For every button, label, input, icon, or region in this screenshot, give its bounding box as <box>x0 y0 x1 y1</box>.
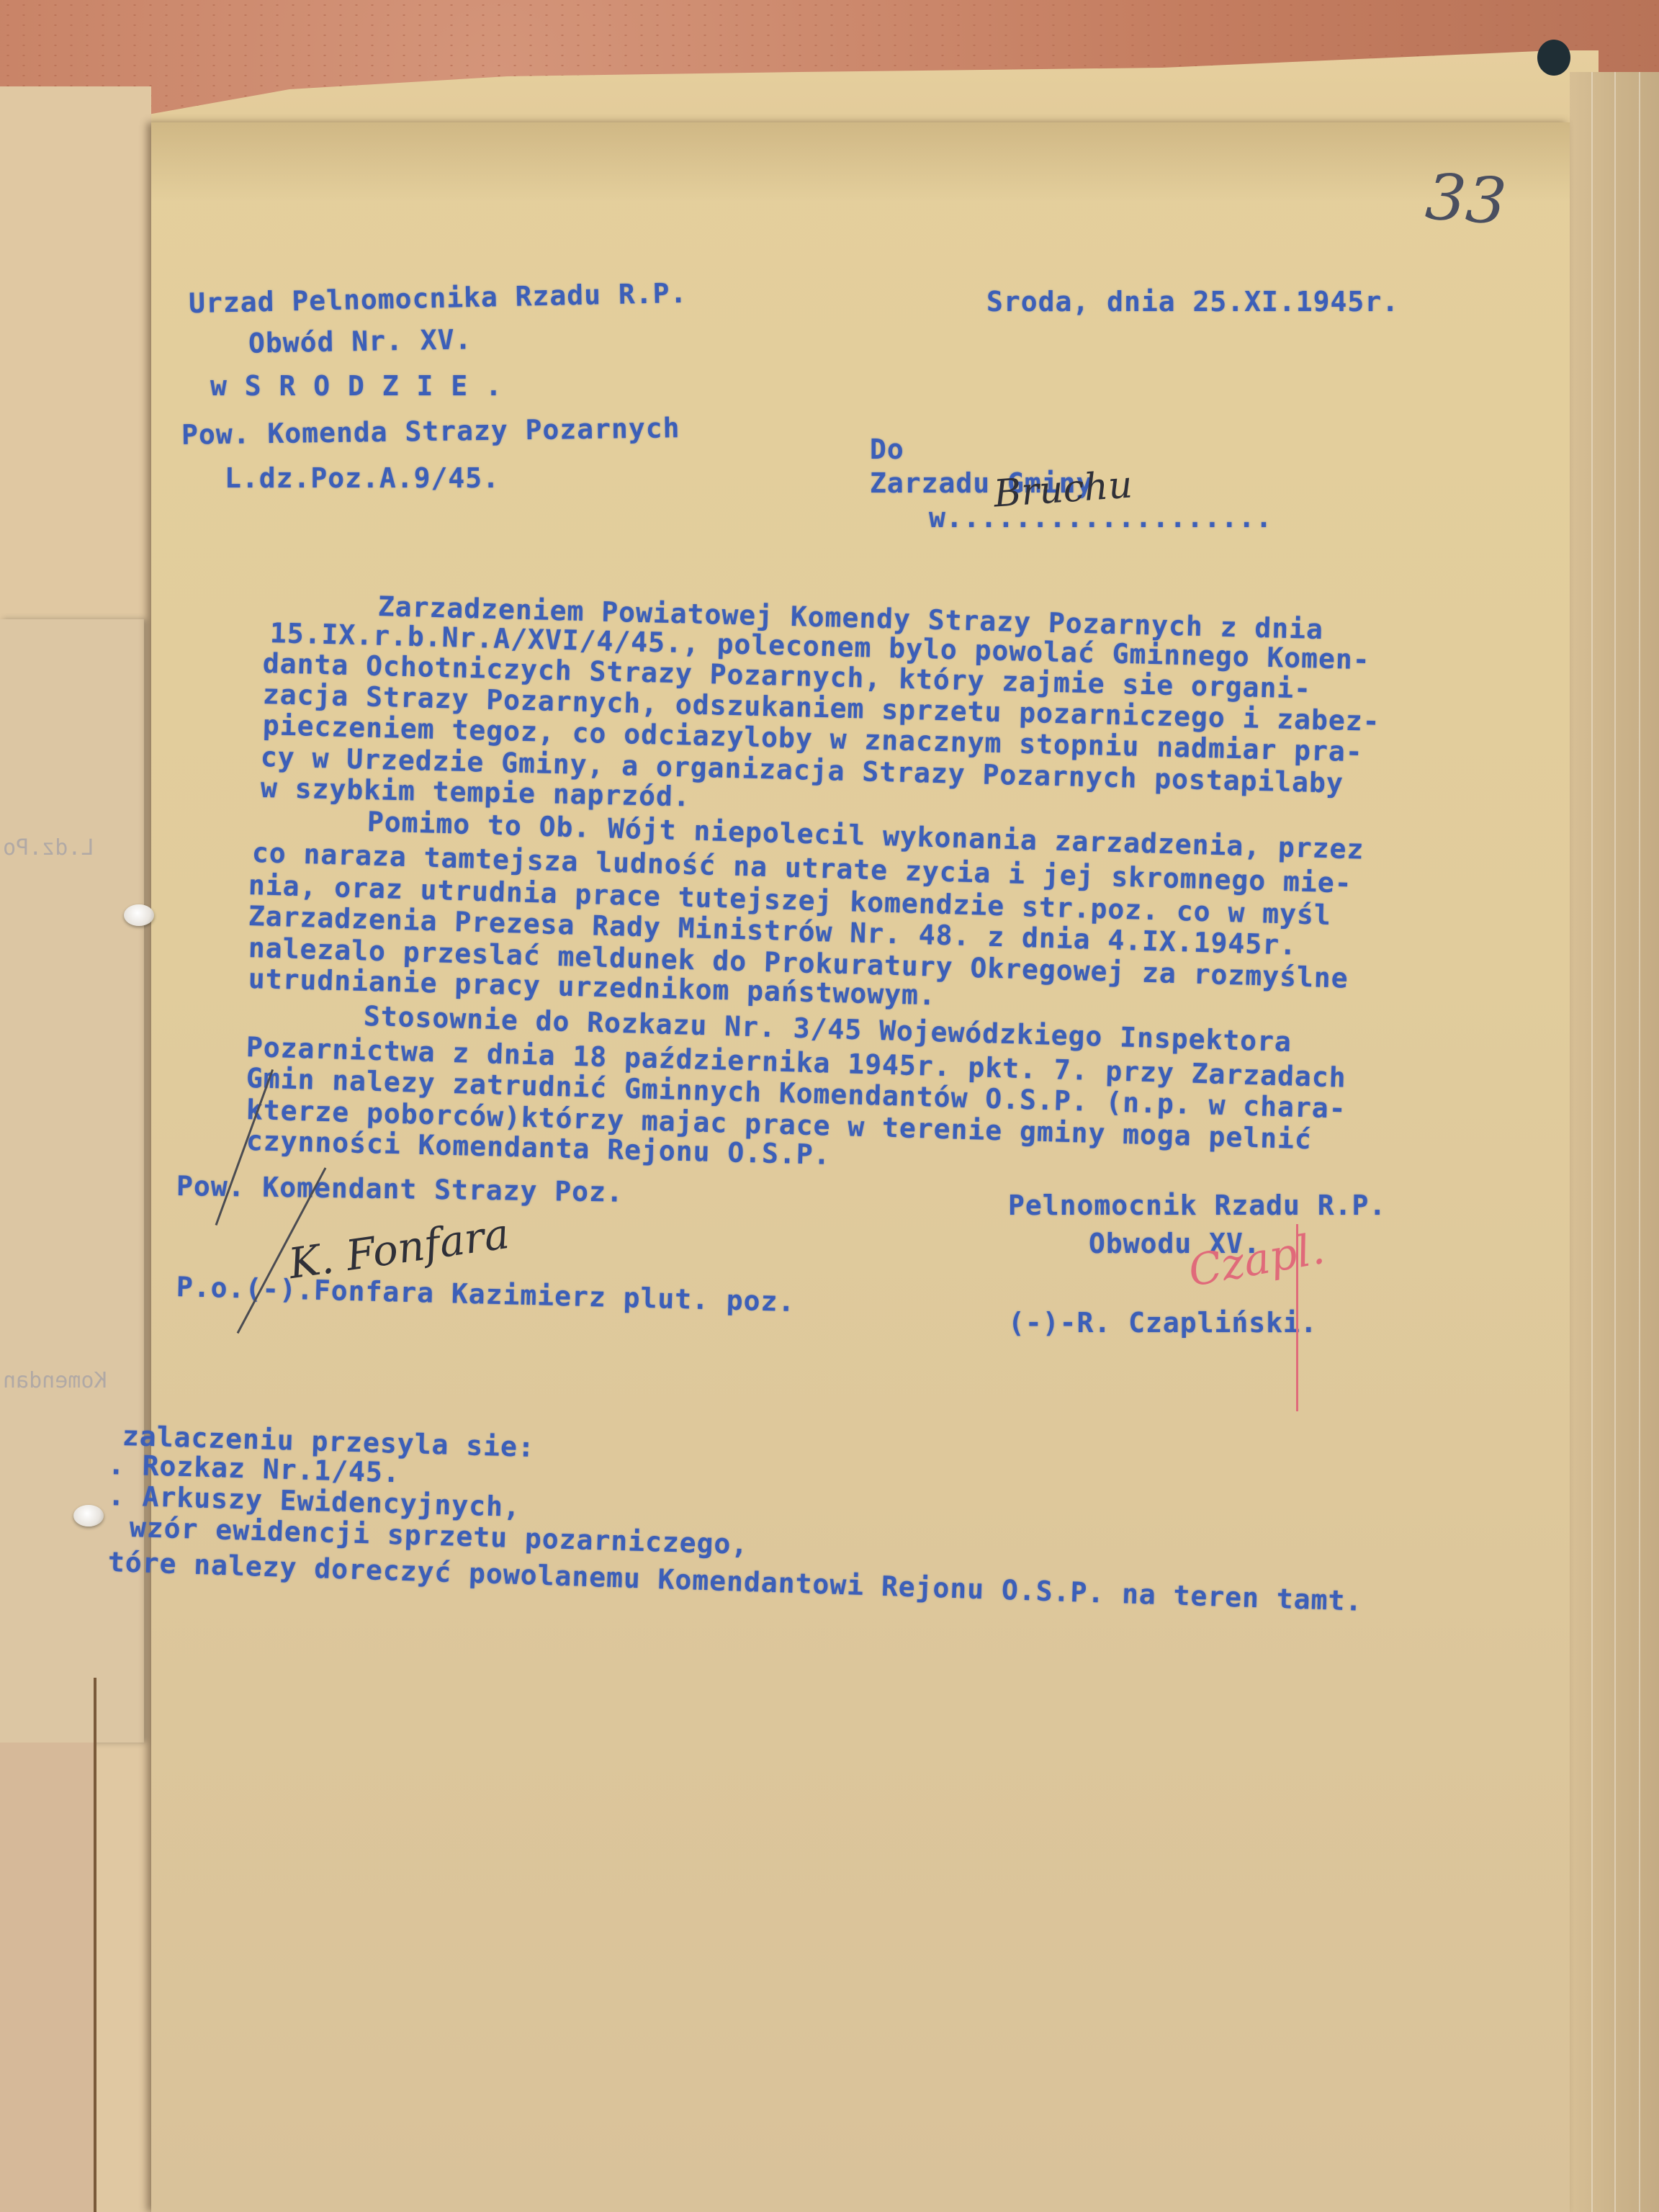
right-page-stack <box>1570 72 1659 2212</box>
header-district: Obwód Nr. XV. <box>248 325 472 356</box>
place-date: Sroda, dnia 25.XI.1945r. <box>986 288 1399 315</box>
binder-ring <box>124 904 154 926</box>
page-edge <box>1639 72 1640 2212</box>
folio-number: 33 <box>1424 159 1509 239</box>
signatory-right-name: (-)-R. Czapliński. <box>1008 1309 1318 1336</box>
mirrored-text-fragment: L.dz.Po <box>3 835 94 860</box>
binder-ring <box>73 1505 104 1527</box>
page-edge-shadow <box>94 1678 96 2212</box>
left-lower-page <box>0 1743 94 2212</box>
mirrored-text-fragment: Komendan <box>3 1368 107 1393</box>
ink-blot <box>1537 40 1570 76</box>
recipient-to: Do <box>870 436 904 463</box>
header-fire-command: Pow. Komenda Strazy Pozarnych <box>181 414 680 449</box>
signatory-right-title: Pelnomocnik Rzadu R.P. <box>1008 1192 1386 1219</box>
red-pencil-stroke <box>1296 1224 1298 1411</box>
header-reference-number: L.dz.Poz.A.9/45. <box>225 464 500 492</box>
signatory-left-title: Pow. Komendant Strazy Poz. <box>176 1172 624 1206</box>
page-edge <box>1591 72 1593 2212</box>
page-edge <box>1614 72 1616 2212</box>
header-town: w S R O D Z I E . <box>210 372 503 400</box>
